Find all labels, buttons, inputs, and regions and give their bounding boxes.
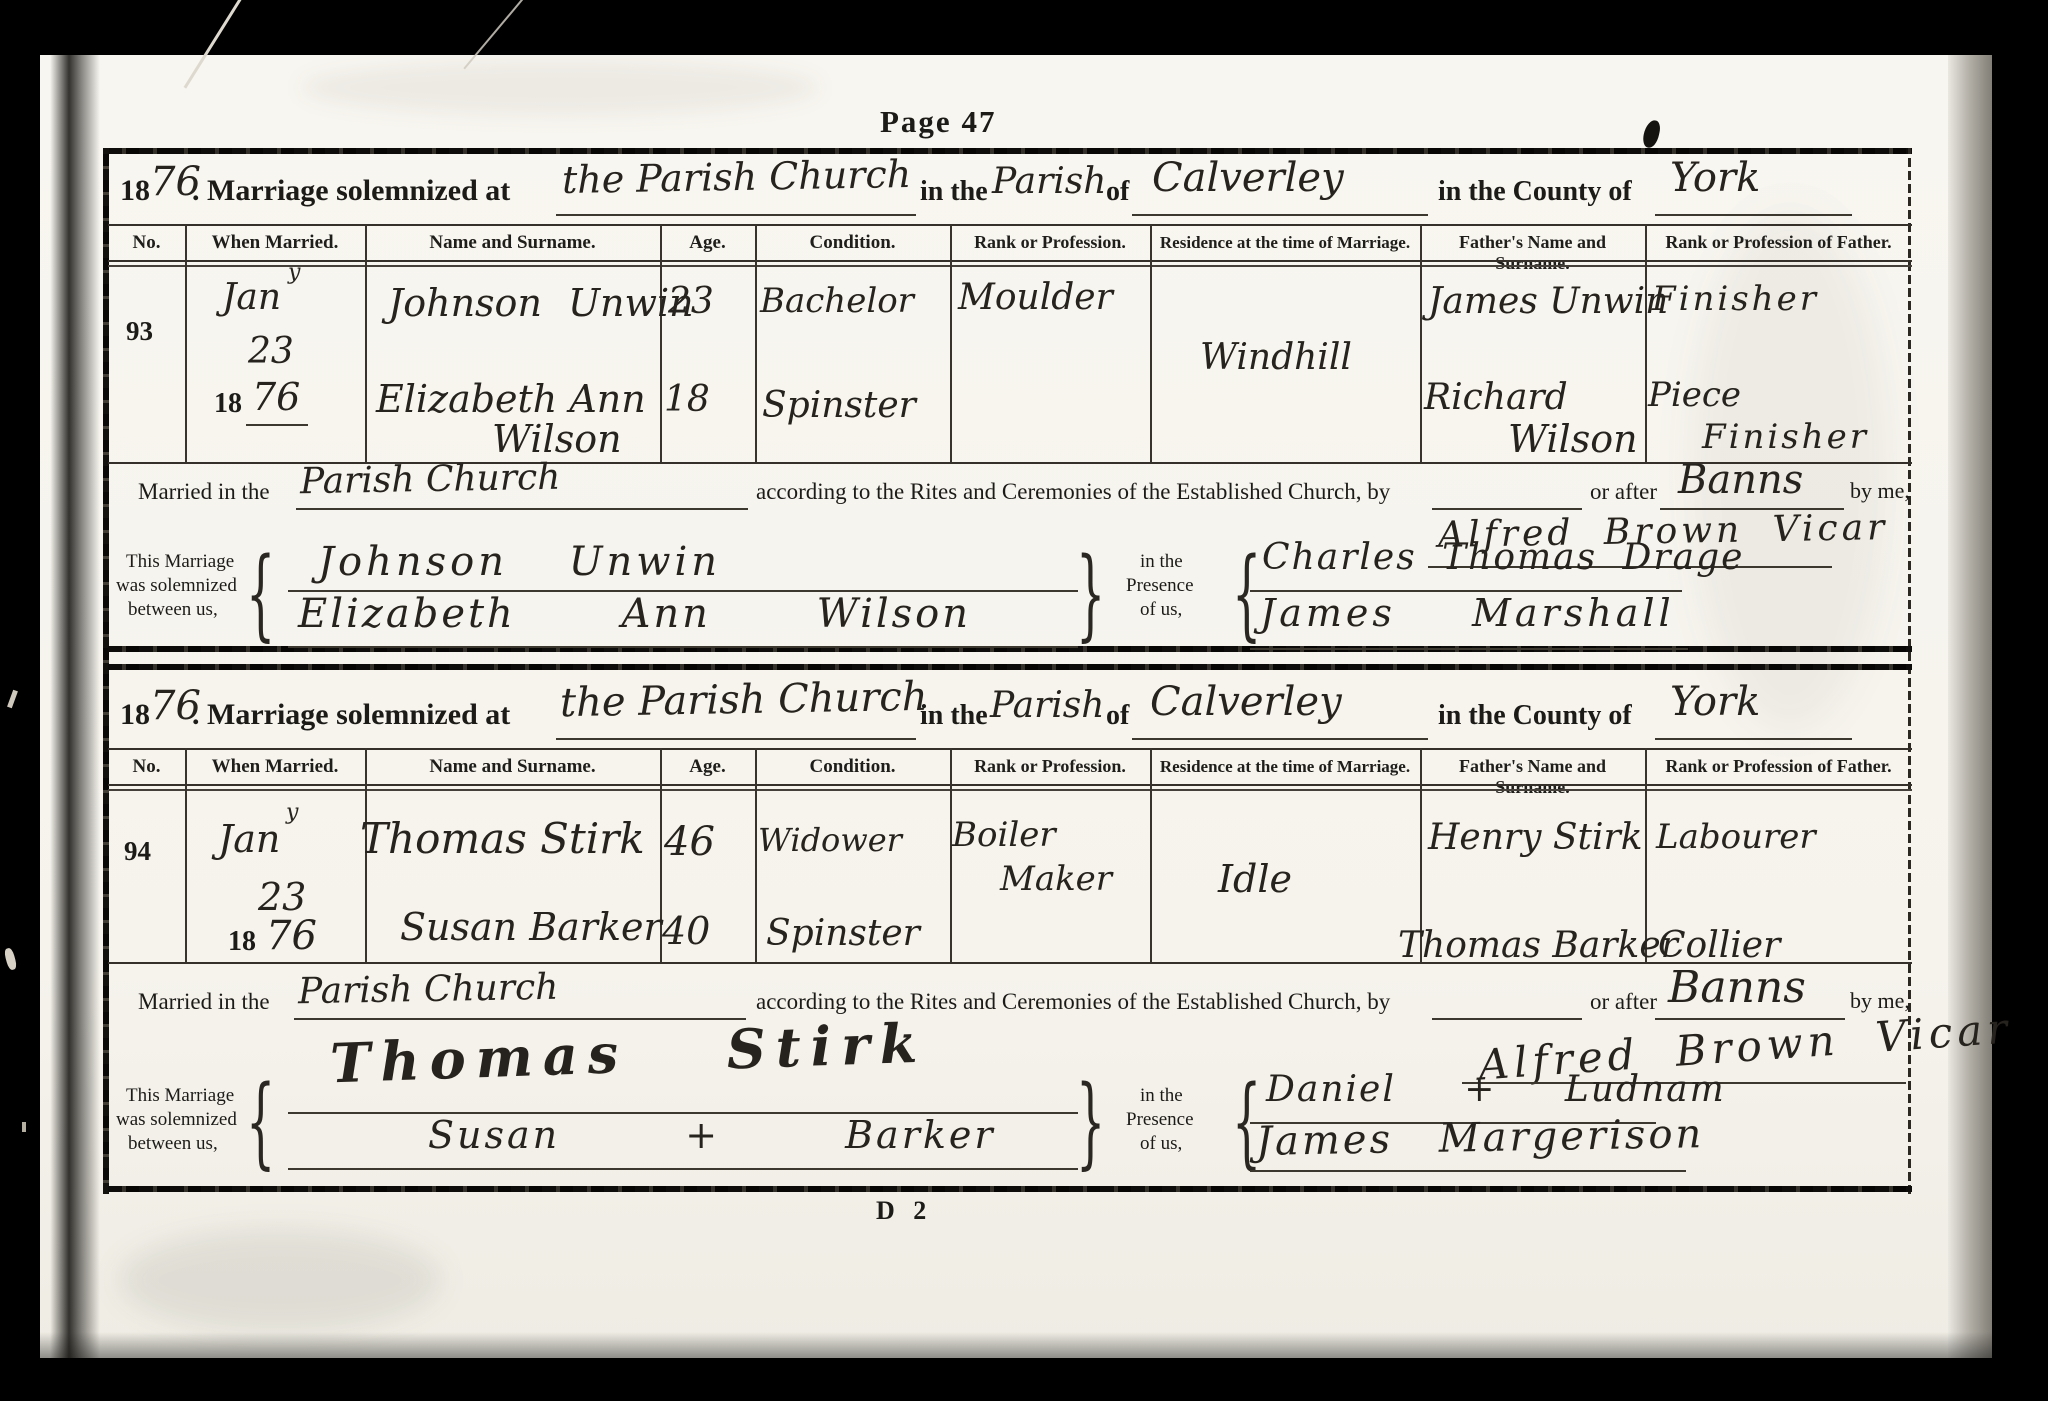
col-no: No. (108, 232, 185, 254)
married-in-church: Parish Church (298, 970, 559, 1011)
of-label: of (1106, 178, 1129, 206)
groom-profession-line1: Boiler (952, 818, 1056, 852)
bride-condition: Spinster (766, 916, 920, 952)
bride-father-name: Thomas Barker (1398, 928, 1678, 964)
witness2-signature: James Margerison (1256, 1114, 1705, 1162)
this-marriage-label2: was solemnized (116, 1110, 237, 1129)
by-me-label: by me, (1850, 480, 1910, 502)
bride-father-profession: Collier (1658, 928, 1780, 964)
blank-underline (296, 508, 748, 510)
paper-right-edge (1948, 55, 1992, 1358)
blank-underline (1132, 738, 1428, 740)
bride-father-profession-line2: Finisher (1702, 420, 1869, 454)
signature-brace: } (1076, 544, 1105, 643)
column-divider (185, 224, 187, 462)
rites-label: according to the Rites and Ceremonies of… (756, 480, 1390, 503)
paper-bottom-edge (40, 1332, 1992, 1358)
or-after-label: or after (1590, 990, 1657, 1013)
parish-word: Parish (992, 164, 1106, 200)
bride-condition: Spinster (762, 388, 916, 424)
entry-row-bottomline (108, 962, 1912, 964)
groom-signature: Johnson Unwin (318, 542, 721, 582)
parish-name: Calverley (1152, 158, 1344, 198)
year-prefix: 18 (120, 700, 150, 730)
signature-brace: { (246, 1072, 275, 1171)
column-divider (950, 748, 952, 962)
col-name-surname: Name and Surname. (365, 756, 660, 778)
microfilm-scan: Page 47 18 76 . Marriage solemnized at t… (0, 0, 2048, 1401)
groom-name: Thomas Stirk (360, 818, 645, 860)
married-in-label: Married in the (138, 480, 270, 503)
groom-father-name: James Unwin (1428, 284, 1668, 320)
column-divider (755, 224, 757, 462)
bride-father-line1: Richard (1424, 380, 1568, 416)
column-divider (1150, 224, 1152, 462)
col-no: No. (108, 756, 185, 778)
of-label: of (1106, 702, 1129, 730)
residence: Idle (1218, 860, 1292, 898)
this-marriage-label3: between us, (128, 1134, 218, 1153)
col-residence: Residence at the time of Marriage. (1150, 233, 1420, 253)
county-label: in the County of (1438, 178, 1632, 206)
bride-name: Susan Barker (400, 908, 662, 946)
binding-spine-shadow (50, 55, 100, 1358)
solemnized-at-label: . Marriage solemnized at (192, 700, 510, 730)
when-day: 23 (258, 878, 306, 916)
col-condition: Condition. (755, 756, 950, 778)
bride-age: 18 (664, 382, 710, 418)
bride-name-line2: Wilson (492, 420, 622, 458)
table-border-left (103, 148, 109, 1194)
groom-age: 46 (664, 822, 715, 862)
col-age: Age. (660, 756, 755, 778)
county-label: in the County of (1438, 702, 1632, 730)
column-divider (1645, 224, 1647, 462)
column-divider (755, 748, 757, 962)
blank-underline (1432, 1018, 1582, 1020)
blank-underline (556, 214, 916, 216)
year-underline (246, 424, 308, 426)
column-divider (1420, 224, 1422, 462)
table-border-bottom (108, 1186, 1912, 1192)
col-age: Age. (660, 232, 755, 254)
col-father-profession: Rank or Profession of Father. (1645, 232, 1912, 253)
groom-name: Johnson Unwin (388, 284, 694, 322)
when-month: Jan (218, 820, 280, 858)
groom-profession-line2: Maker (1000, 862, 1112, 896)
in-the-label: in the (920, 178, 988, 206)
col-when-married: When Married. (185, 756, 365, 778)
presence-label1: in the (1140, 552, 1183, 571)
banns: Banns (1668, 966, 1806, 1010)
presence-label3: of us, (1140, 1134, 1182, 1153)
col-residence: Residence at the time of Marriage. (1150, 757, 1420, 777)
county-name: York (1670, 682, 1760, 722)
groom-condition: Bachelor (760, 284, 914, 318)
presence-label2: Presence (1126, 576, 1194, 595)
or-after-label: or after (1590, 480, 1657, 503)
blank-underline (1655, 214, 1852, 216)
this-marriage-label1: This Marriage (126, 1086, 234, 1105)
signature-brace: { (246, 544, 275, 643)
county-name: York (1670, 158, 1760, 198)
groom-father-profession: Finisher (1652, 282, 1819, 316)
entry-number: 94 (124, 838, 151, 865)
column-divider (185, 748, 187, 962)
when-month-sup: y (286, 802, 298, 824)
parish-name: Calverley (1150, 682, 1342, 722)
bride-father-profession-line1: Piece (1648, 378, 1741, 412)
col-rank-profession: Rank or Profession. (950, 232, 1150, 253)
witness1-signature: Daniel + Ludnam (1266, 1072, 1726, 1108)
by-me-label: by me, (1850, 990, 1910, 1012)
married-in-church: Parish Church (300, 460, 561, 501)
film-speck (7, 690, 18, 709)
col-condition: Condition. (755, 232, 950, 254)
column-header-topline (108, 748, 1912, 750)
blank-underline (1132, 214, 1428, 216)
signature-underline (1250, 1170, 1686, 1172)
this-marriage-label2: was solemnized (116, 576, 237, 595)
column-header-underline (108, 784, 1912, 786)
groom-father-profession: Labourer (1656, 820, 1816, 854)
col-father-name: Father's Name and Surname. (1420, 756, 1645, 798)
when-month: Jan (222, 280, 281, 316)
in-the-label: in the (920, 702, 988, 730)
blank-underline (1655, 738, 1852, 740)
col-when-married: When Married. (185, 232, 365, 254)
residence: Windhill (1200, 340, 1352, 376)
bride-signature: Elizabeth Ann Wilson (298, 594, 971, 634)
witness1-signature: Charles Thomas Drage (1262, 540, 1744, 576)
film-speck (3, 947, 17, 971)
col-father-name: Father's Name and Surname. (1420, 232, 1645, 274)
bride-name-line1: Elizabeth Ann (376, 380, 646, 418)
col-name-surname: Name and Surname. (365, 232, 660, 254)
bride-age: 40 (662, 912, 710, 950)
film-speck (22, 1122, 26, 1132)
when-year: 76 (252, 378, 300, 416)
column-header-topline (108, 224, 1912, 226)
signature-underline (288, 1168, 1078, 1170)
when-year-prefix: 18 (228, 928, 256, 956)
when-month-sup: y (288, 262, 300, 284)
groom-profession: Moulder (958, 280, 1113, 316)
section-divider-line (108, 664, 1912, 670)
table-border-top (108, 148, 1912, 154)
col-father-profession: Rank or Profession of Father. (1645, 756, 1912, 777)
this-marriage-label1: This Marriage (126, 552, 234, 571)
blank-underline (556, 738, 916, 740)
column-header-underline2 (108, 265, 1912, 267)
church-name: the Parish Church (560, 677, 928, 723)
church-name: the Parish Church (562, 155, 912, 199)
column-divider (1150, 748, 1152, 962)
this-marriage-label3: between us, (128, 600, 218, 619)
bride-father-line2: Wilson (1508, 420, 1638, 458)
groom-condition: Widower (758, 824, 902, 856)
married-in-label: Married in the (138, 990, 270, 1013)
column-header-underline2 (108, 789, 1912, 791)
bride-signature: Susan + Barker (428, 1116, 996, 1154)
entry-number: 93 (126, 318, 153, 345)
year-prefix: 18 (120, 176, 150, 206)
signature-underline (288, 646, 1078, 648)
column-divider (365, 224, 367, 462)
parish-word: Parish (990, 688, 1104, 724)
groom-age: 23 (668, 284, 714, 320)
presence-label1: in the (1140, 1086, 1183, 1105)
signature-underline (1250, 648, 1688, 650)
signature-brace: } (1076, 1072, 1105, 1171)
blank-underline (1432, 508, 1582, 510)
column-divider (660, 224, 662, 462)
groom-father-name: Henry Stirk (1428, 820, 1643, 856)
printer-mark: D 2 (876, 1198, 932, 1224)
presence-label3: of us, (1140, 600, 1182, 619)
banns: Banns (1678, 460, 1803, 500)
column-divider (950, 224, 952, 462)
when-year: 76 (266, 916, 317, 956)
page-number: Page 47 (880, 106, 996, 137)
col-rank-profession: Rank or Profession. (950, 756, 1150, 777)
when-day: 23 (248, 334, 294, 370)
rites-label: according to the Rites and Ceremonies of… (756, 990, 1390, 1013)
witness2-signature: James Marshall (1260, 594, 1675, 632)
presence-label2: Presence (1126, 1110, 1194, 1129)
witness-brace: { (1232, 544, 1261, 643)
when-year-prefix: 18 (214, 390, 242, 418)
solemnized-at-label: . Marriage solemnized at (192, 176, 510, 206)
column-header-underline (108, 260, 1912, 262)
